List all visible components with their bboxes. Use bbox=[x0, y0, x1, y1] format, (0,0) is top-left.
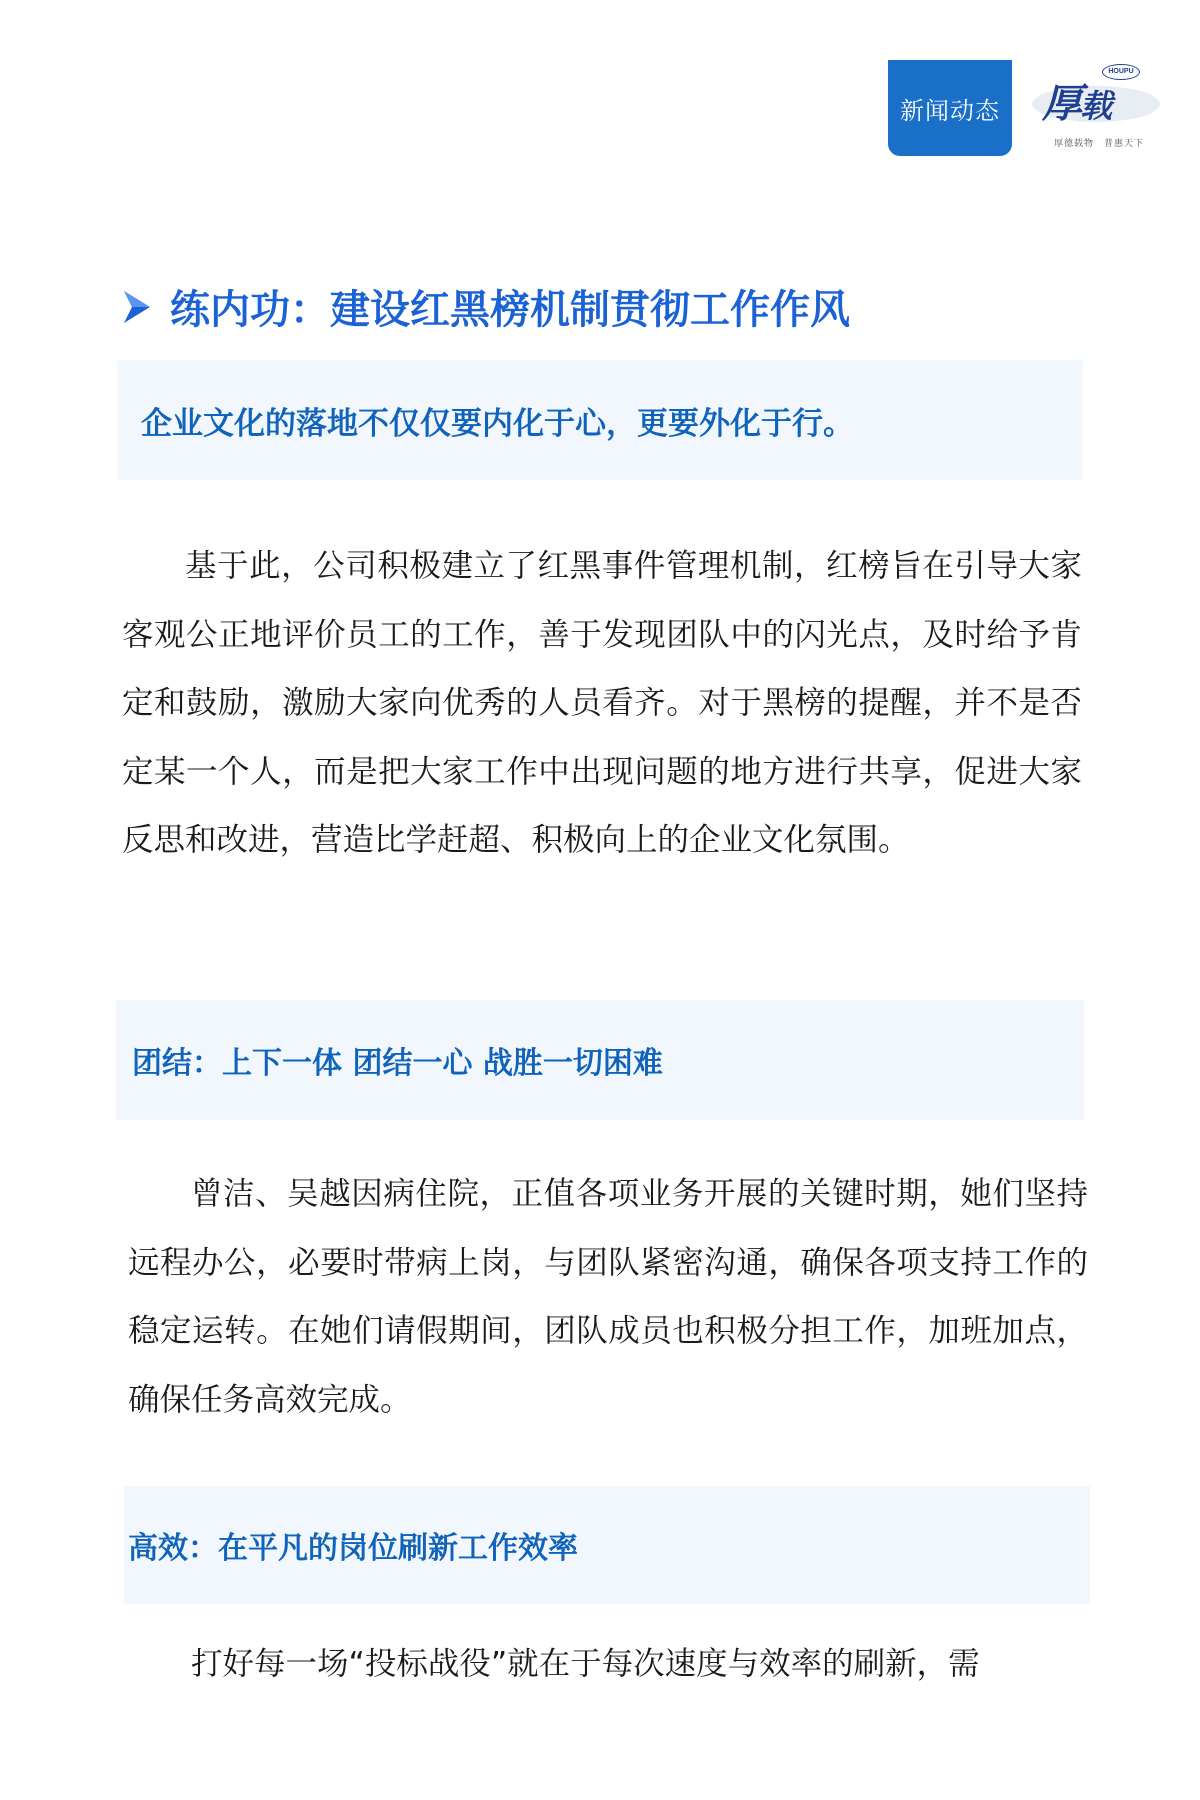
logo-slogan: 厚德载物 普惠天下 bbox=[1054, 136, 1144, 149]
section-title-text: 练内功：建设红黑榜机制贯彻工作作风 bbox=[170, 278, 850, 335]
arrow-right-icon bbox=[122, 289, 152, 325]
highlight-text: 企业文化的落地不仅仅要内化于心，更要外化于行。 bbox=[141, 398, 854, 443]
company-logo: HOUPU 厚载 厚德载物 普惠天下 bbox=[1030, 62, 1170, 152]
subheading-text: 高效：在平凡的岗位刷新工作效率 bbox=[128, 1523, 578, 1567]
subheading-text: 团结：上下一体 团结一心 战胜一切困难 bbox=[132, 1038, 663, 1082]
subheading-panel-efficiency: 高效：在平凡的岗位刷新工作效率 bbox=[124, 1486, 1090, 1604]
body-paragraph: 曾洁、吴越因病住院，正值各项业务开展的关键时期，她们坚持远程办公，必要时带病上岗… bbox=[128, 1160, 1088, 1434]
logo-calligraphy: 厚载 bbox=[1042, 72, 1110, 129]
subheading-panel-unity: 团结：上下一体 团结一心 战胜一切困难 bbox=[116, 1000, 1084, 1120]
body-paragraph: 基于此，公司积极建立了红黑事件管理机制，红榜旨在引导大家客观公正地评价员工的工作… bbox=[122, 532, 1082, 875]
body-paragraph: 打好每一场“投标战役”就在于每次速度与效率的刷新，需 bbox=[128, 1630, 1088, 1699]
news-section-label: 新闻动态 bbox=[900, 91, 1000, 126]
logo-char-second: 载 bbox=[1080, 87, 1110, 125]
logo-char-first: 厚 bbox=[1042, 80, 1080, 127]
section-title: 练内功：建设红黑榜机制贯彻工作作风 bbox=[122, 278, 850, 335]
highlight-panel: 企业文化的落地不仅仅要内化于心，更要外化于行。 bbox=[117, 360, 1083, 480]
news-section-tab: 新闻动态 bbox=[888, 60, 1012, 156]
